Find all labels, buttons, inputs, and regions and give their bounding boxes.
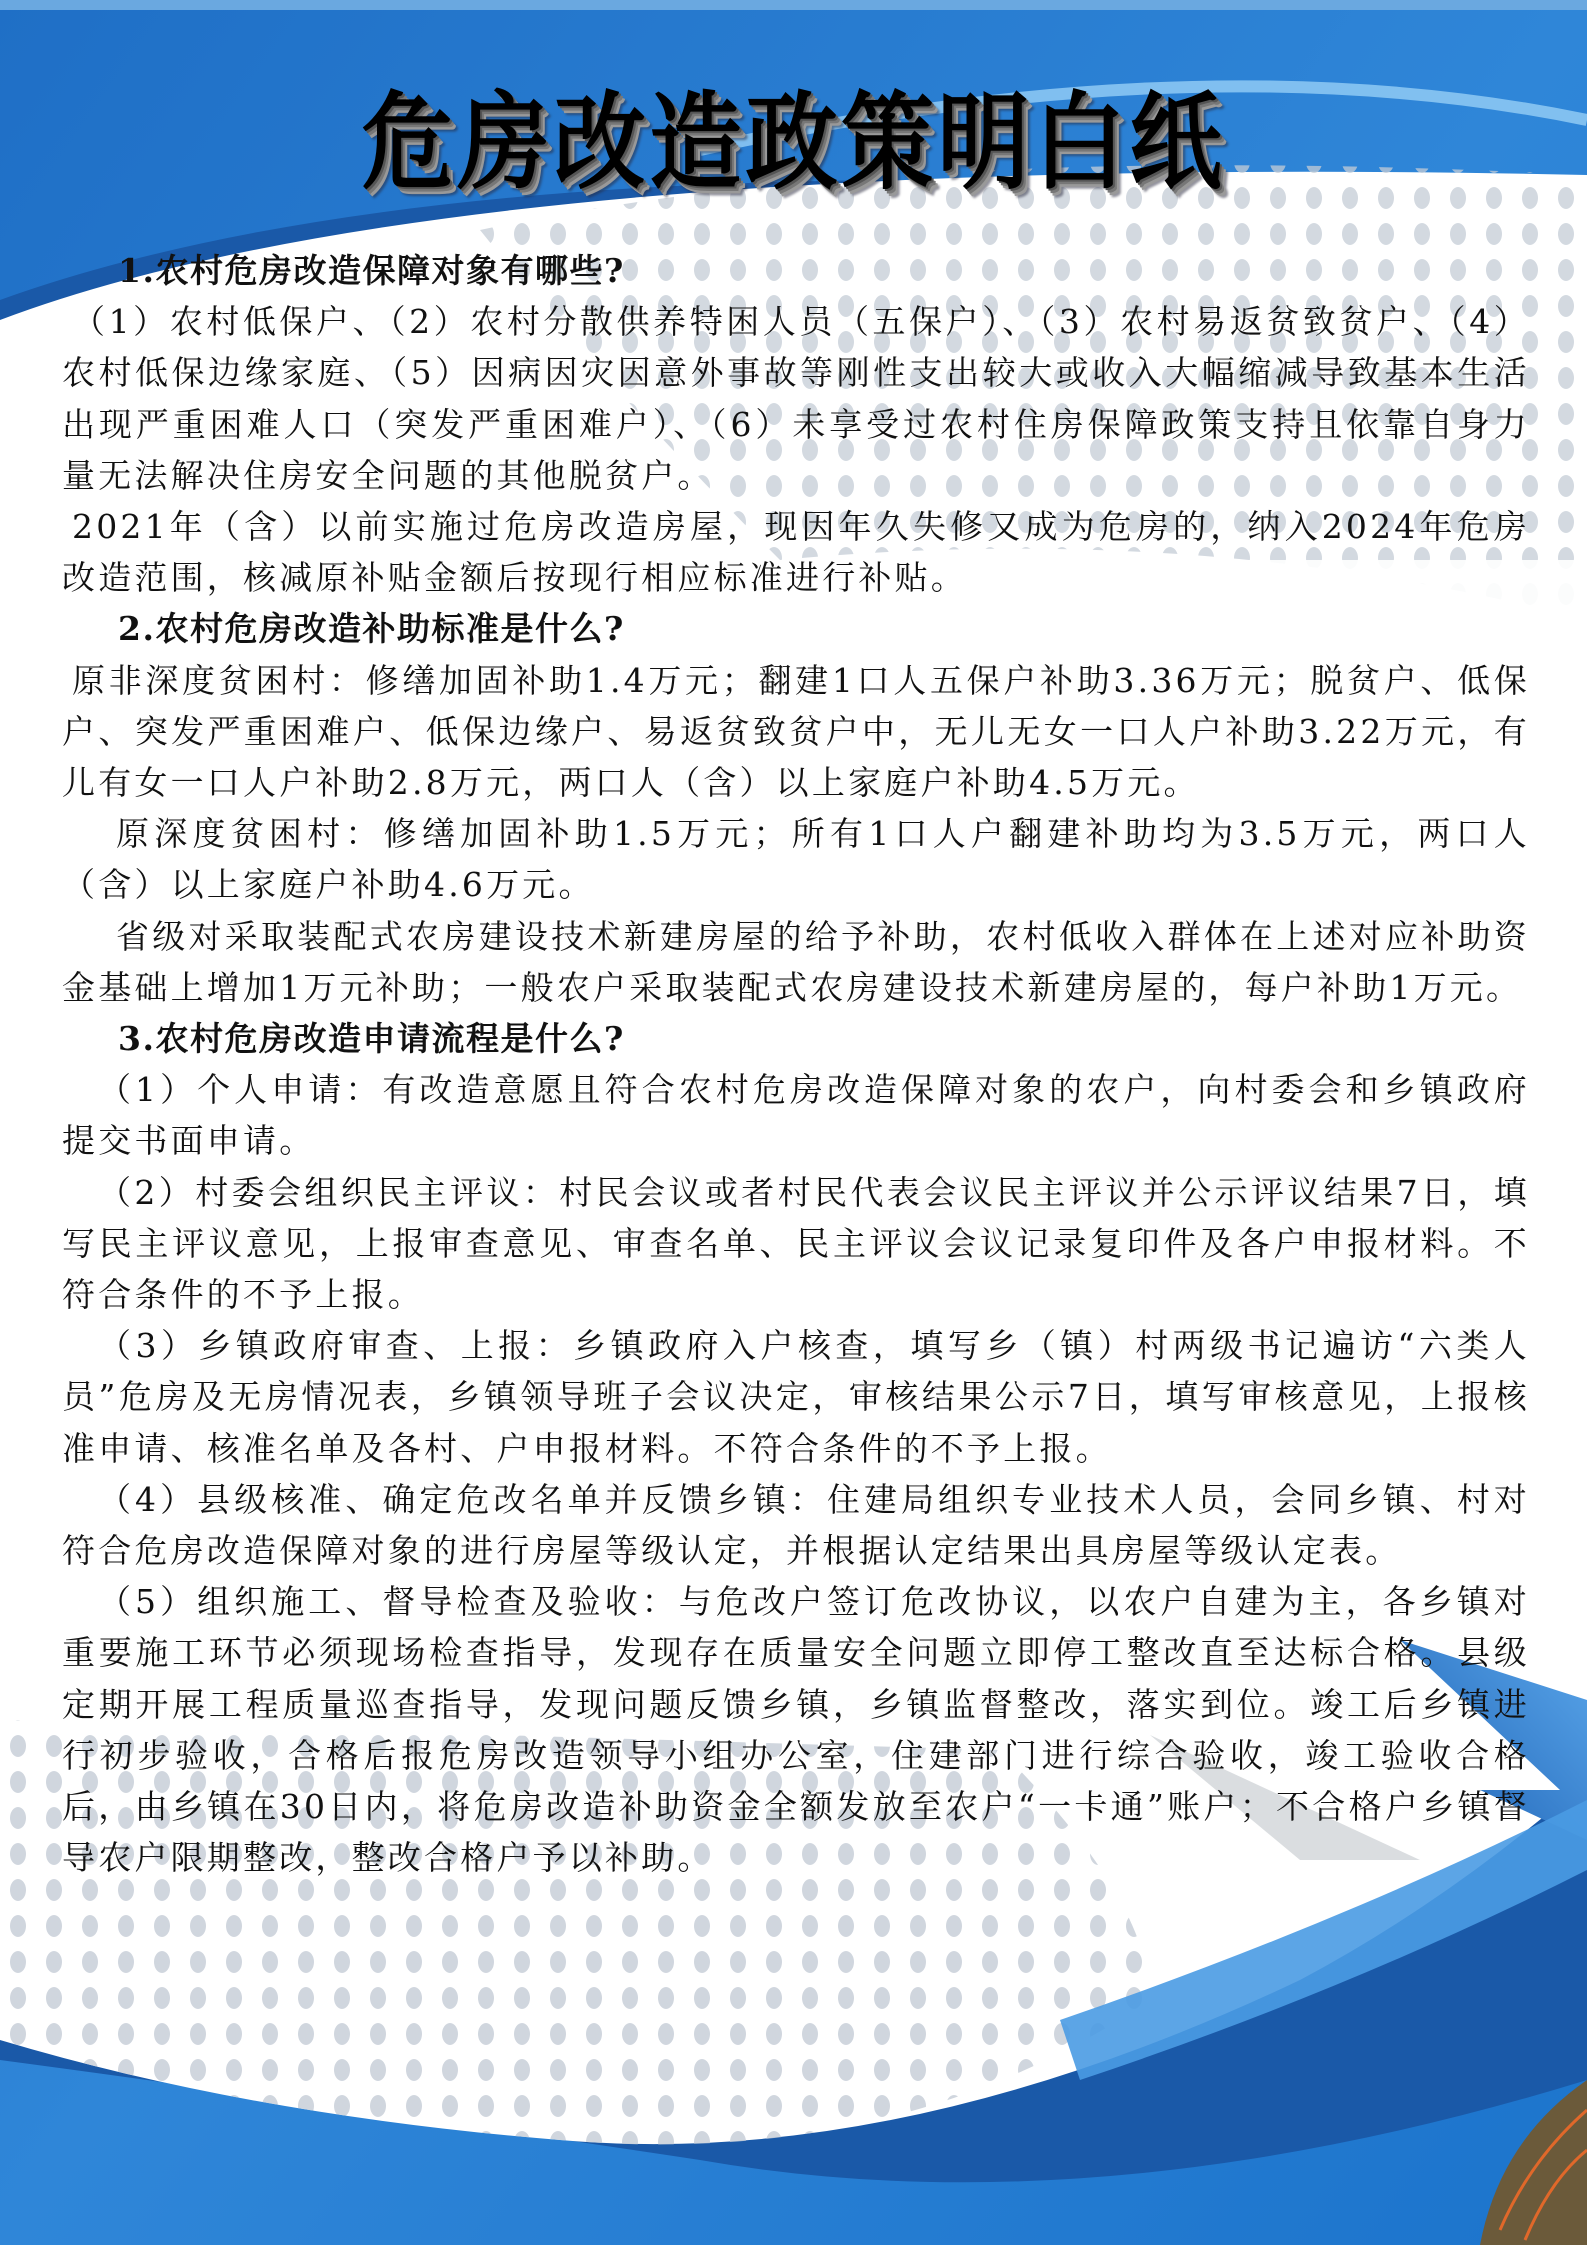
process-step: （2）村委会组织民主评议：村民会议或者村民代表会议民主评议并公示评议结果7日，填… <box>62 1167 1530 1321</box>
paragraph: （1）农村低保户、（2）农村分散供养特困人员（五保户）、（3）农村易返贫致贫户、… <box>62 296 1530 501</box>
paragraph: 省级对采取装配式农房建设技术新建房屋的给予补助，农村低收入群体在上述对应补助资金… <box>62 911 1530 1013</box>
document-body: 1.农村危房改造保障对象有哪些? （1）农村低保户、（2）农村分散供养特困人员（… <box>62 245 1530 1884</box>
process-step: （1）个人申请：有改造意愿且符合农村危房改造保障对象的农户，向村委会和乡镇政府提… <box>62 1064 1530 1166</box>
section-eligibility: 1.农村危房改造保障对象有哪些? （1）农村低保户、（2）农村分散供养特困人员（… <box>62 245 1530 603</box>
process-step: （4）县级核准、确定危改名单并反馈乡镇：住建局组织专业技术人员，会同乡镇、村对符… <box>62 1474 1530 1576</box>
paragraph: 原非深度贫困村：修缮加固补助1.4万元；翻建1口人五保户补助3.36万元；脱贫户… <box>62 655 1530 809</box>
section-subsidy-standards: 2.农村危房改造补助标准是什么? 原非深度贫困村：修缮加固补助1.4万元；翻建1… <box>62 603 1530 1013</box>
process-step: （3）乡镇政府审查、上报：乡镇政府入户核查，填写乡（镇）村两级书记遍访“六类人员… <box>62 1320 1530 1474</box>
section-heading: 1.农村危房改造保障对象有哪些? <box>62 245 1530 296</box>
paragraph: 原深度贫困村：修缮加固补助1.5万元；所有1口人户翻建补助均为3.5万元，两口人… <box>62 808 1530 910</box>
process-step: （5）组织施工、督导检查及验收：与危改户签订危改协议，以农户自建为主，各乡镇对重… <box>62 1576 1530 1883</box>
section-heading: 2.农村危房改造补助标准是什么? <box>62 603 1530 654</box>
policy-document: 危房改造政策明白纸 1.农村危房改造保障对象有哪些? （1）农村低保户、（2）农… <box>0 0 1587 2245</box>
section-heading: 3.农村危房改造申请流程是什么? <box>62 1013 1530 1064</box>
paragraph: 2021年（含）以前实施过危房改造房屋，现因年久失修又成为危房的，纳入2024年… <box>62 501 1530 603</box>
page-title: 危房改造政策明白纸 <box>0 58 1587 210</box>
section-application-process: 3.农村危房改造申请流程是什么? （1）个人申请：有改造意愿且符合农村危房改造保… <box>62 1013 1530 1883</box>
